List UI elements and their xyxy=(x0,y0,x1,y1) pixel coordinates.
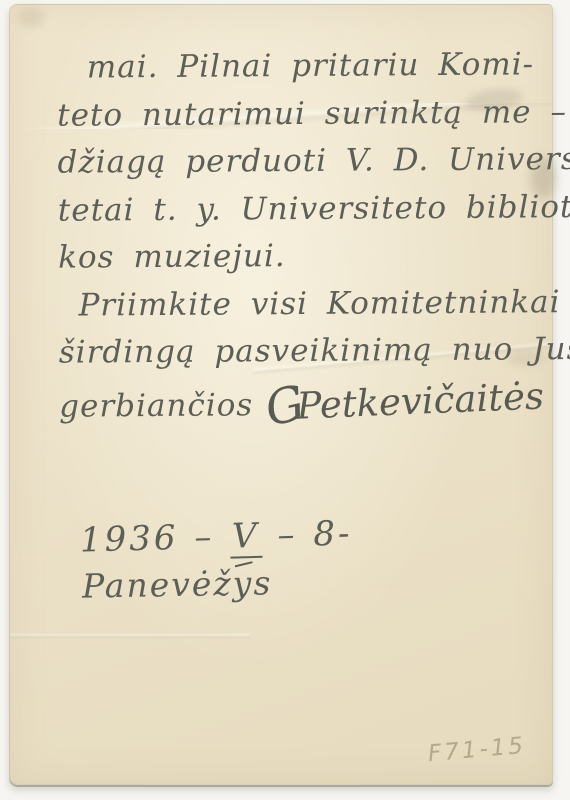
archive-mark: F71-15 xyxy=(427,733,527,767)
paper-crease xyxy=(10,621,251,649)
handwritten-line: širdingą pasveikinimą nuo Jus xyxy=(59,326,539,377)
handwritten-line: mai. Pilnai pritariu Komi- xyxy=(87,41,537,92)
date-line: 1936 – V – 8- xyxy=(79,513,352,562)
date-end-mark: - xyxy=(337,513,353,553)
place-name: Panevėžys xyxy=(82,563,273,605)
date-year: 1936 xyxy=(79,518,179,561)
handwritten-line: gerbiančiosGPetkevičaitės xyxy=(59,374,539,425)
handwritten-line: kos muziejui. xyxy=(58,231,538,282)
scanned-letter: mai. Pilnai pritariu Komi- teto nutarimu… xyxy=(0,0,570,800)
date-day: 8 xyxy=(313,514,339,555)
date-separator: – xyxy=(194,517,215,558)
handwritten-line: teto nutarimui surinktą me – xyxy=(57,89,537,140)
letter-body: mai. Pilnai pritariu Komi- teto nutarimu… xyxy=(57,41,540,424)
closing-word: gerbiančios xyxy=(59,387,253,424)
corner-stain xyxy=(18,7,44,27)
paper-sheet: mai. Pilnai pritariu Komi- teto nutarimu… xyxy=(9,4,553,785)
handwritten-line: džiagą perduoti V. D. Universi xyxy=(57,136,537,187)
signature: GPetkevičaitės xyxy=(264,369,545,431)
signature-name: Petkevičaitės xyxy=(296,374,545,427)
handwritten-line: Priimkite visi Komitetninkai xyxy=(78,279,538,330)
date-month-roman: V xyxy=(230,516,263,559)
handwritten-line: tetai t. y. Universiteto bibliote – xyxy=(58,184,538,235)
date-separator: – xyxy=(277,515,298,556)
